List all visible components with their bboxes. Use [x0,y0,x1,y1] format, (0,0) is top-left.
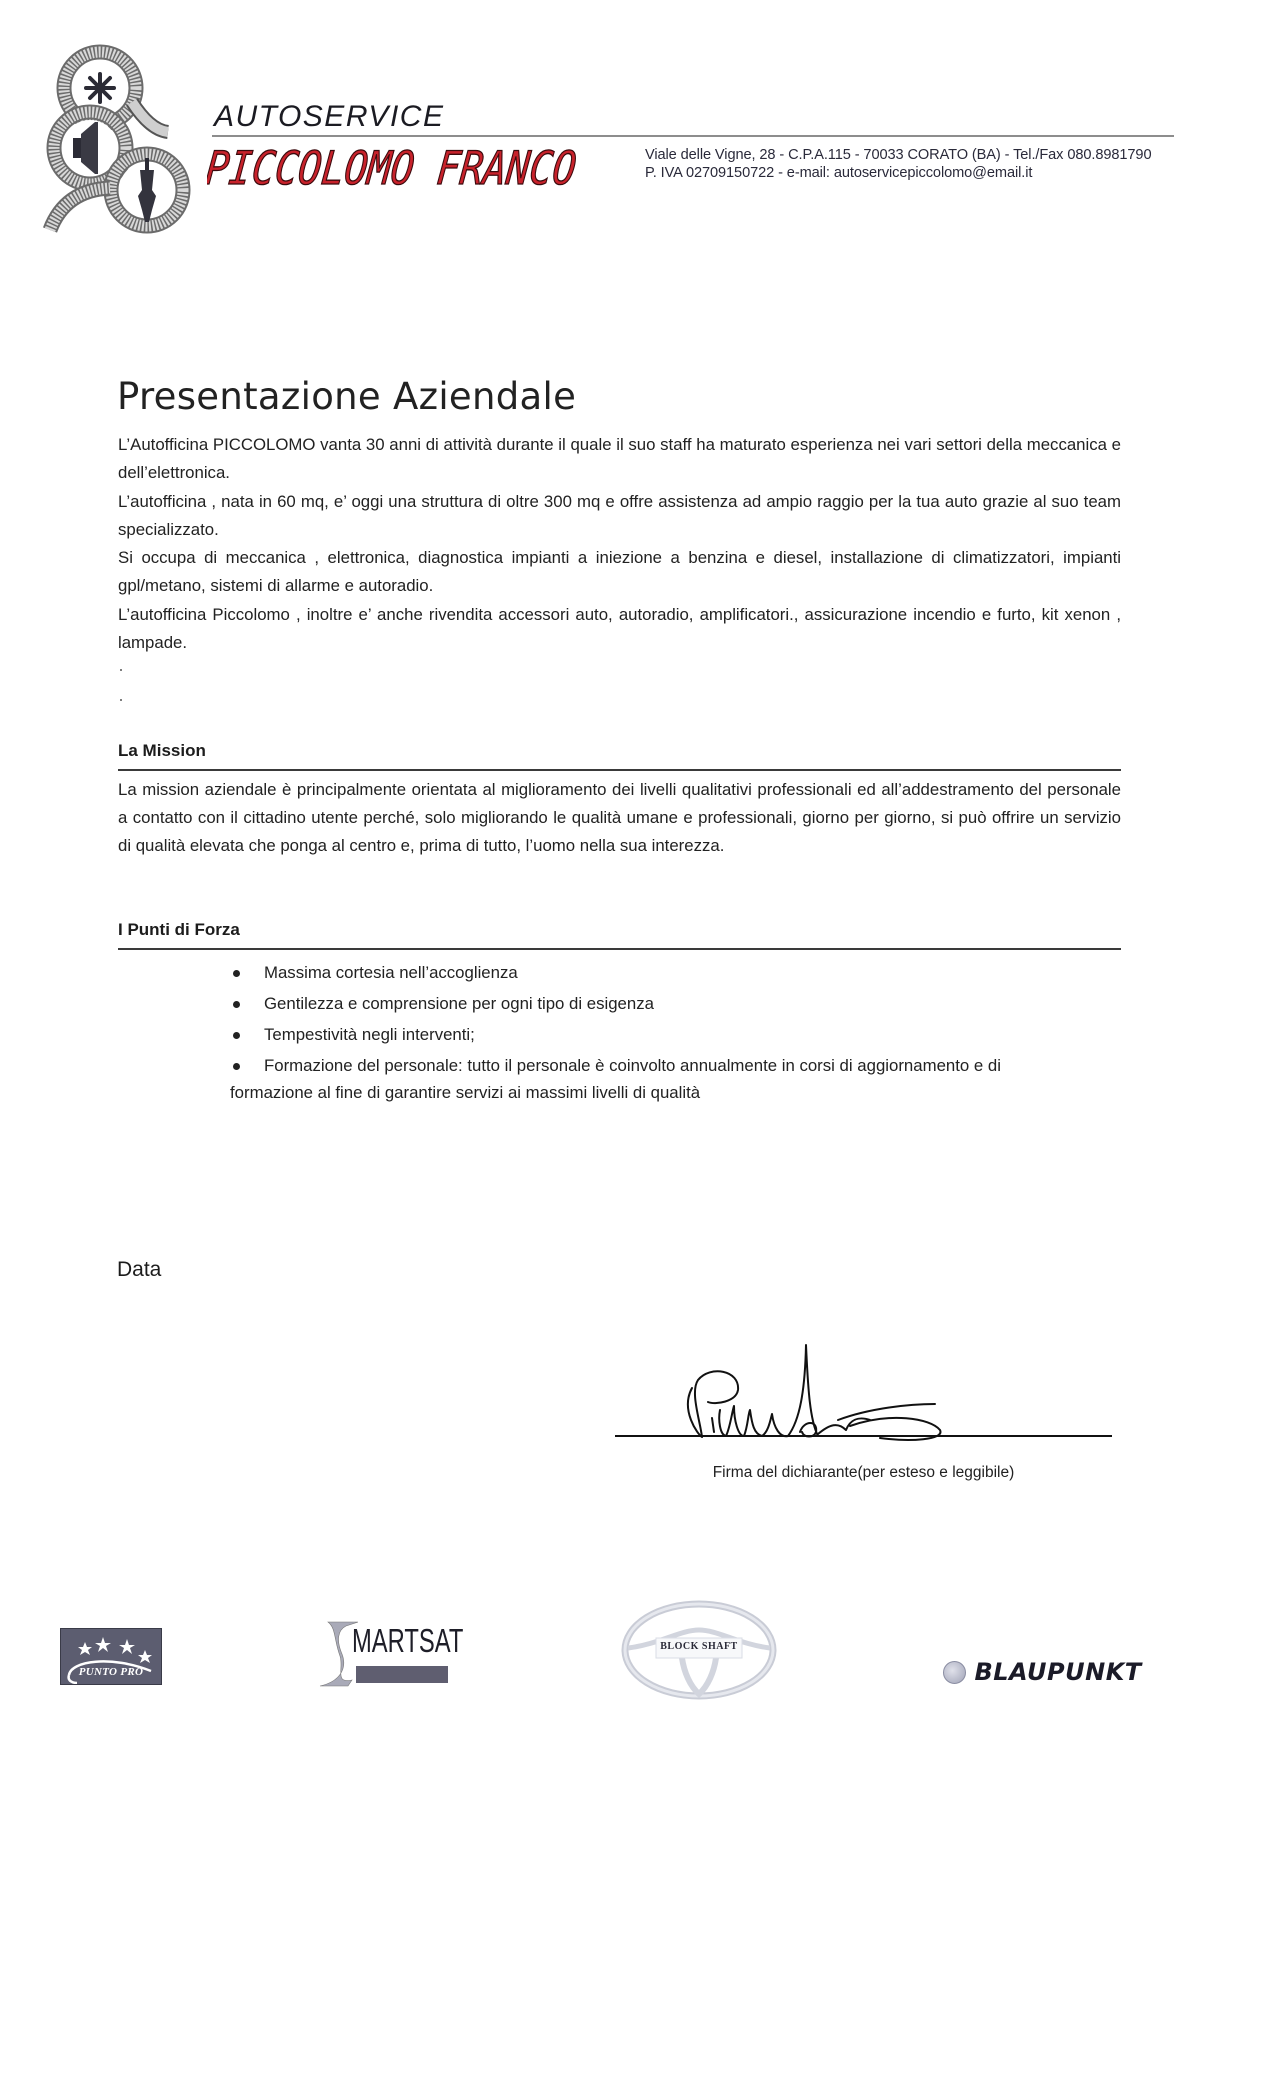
smartsat-bar [356,1666,448,1683]
intro-paragraph: L’Autofficina PICCOLOMO vanta 30 anni di… [118,431,1121,488]
punto-pro-label: PUNTO PRO [61,1666,161,1678]
signature-line [615,1435,1112,1437]
signature-caption: Firma del dichiarante(per esteso e leggi… [615,1464,1112,1482]
strengths-heading: I Punti di Forza [118,920,240,940]
svg-text:PICCOLOMO FRANCO: PICCOLOMO FRANCO [207,141,579,195]
bullet-icon [233,970,240,977]
bullet-icon [233,1063,240,1070]
mission-heading: La Mission [118,741,206,761]
brand-name: PICCOLOMO FRANCO [207,140,587,195]
mission-divider [118,769,1121,771]
page-title: Presentazione Aziendale [117,375,576,418]
list-item: Gentilezza e comprensione per ogni tipo … [230,988,1120,1019]
block-shaft-logo: BLOCK SHAFT [620,1600,778,1700]
smartsat-logo: MARTSAT [318,1620,453,1688]
company-address: Viale delle Vigne, 28 - C.P.A.115 - 7003… [645,146,1151,182]
bullet-icon [233,1001,240,1008]
list-item-text: Massima cortesia nell’accoglienza [264,963,518,982]
list-item: Formazione del personale: tutto il perso… [230,1050,1120,1081]
list-item-continuation: formazione al fine di garantire servizi … [230,1079,1120,1107]
smartsat-label: MARTSAT [352,1622,463,1660]
list-item: Tempestività negli interventi; [230,1019,1120,1050]
intro-paragraph: L’autofficina , nata in 60 mq, e’ oggi u… [118,488,1121,545]
signature [670,1340,1070,1450]
punto-pro-logo: PUNTO PRO [60,1628,162,1685]
brand-prefix: AUTOSERVICE [214,100,444,134]
address-line-2: P. IVA 02709150722 - e-mail: autoservice… [645,164,1151,182]
stray-mark [120,669,122,671]
stray-mark [120,699,122,701]
mission-text: La mission aziendale è principalmente or… [118,776,1121,860]
stars-icon [78,1637,152,1663]
list-item: Massima cortesia nell’accoglienza [230,957,1120,988]
intro-section: L’Autofficina PICCOLOMO vanta 30 anni di… [118,431,1121,657]
list-item-text: Formazione del personale: tutto il perso… [264,1056,1001,1075]
list-item-text: Gentilezza e comprensione per ogni tipo … [264,994,654,1013]
bullet-icon [233,1032,240,1039]
list-item-text: Tempestività negli interventi; [264,1025,475,1044]
company-logo [40,40,210,235]
header-divider [212,135,1174,137]
blaupunkt-logo: BLAUPUNKT [943,1658,1142,1690]
blaupunkt-dot-icon [943,1661,966,1684]
mission-section: La mission aziendale è principalmente or… [118,776,1121,860]
spark-plug-icon [111,154,183,226]
address-line-1: Viale delle Vigne, 28 - C.P.A.115 - 7003… [645,146,1151,164]
strengths-divider [118,948,1121,950]
intro-paragraph: Si occupa di meccanica , elettronica, di… [118,544,1121,601]
blaupunkt-label: BLAUPUNKT [974,1658,1141,1686]
date-label: Data [117,1258,161,1282]
intro-paragraph: L’autofficina Piccolomo , inoltre e’ anc… [118,601,1121,658]
strengths-list: Massima cortesia nell’accoglienza Gentil… [230,957,1120,1107]
block-shaft-label: BLOCK SHAFT [620,1641,778,1652]
